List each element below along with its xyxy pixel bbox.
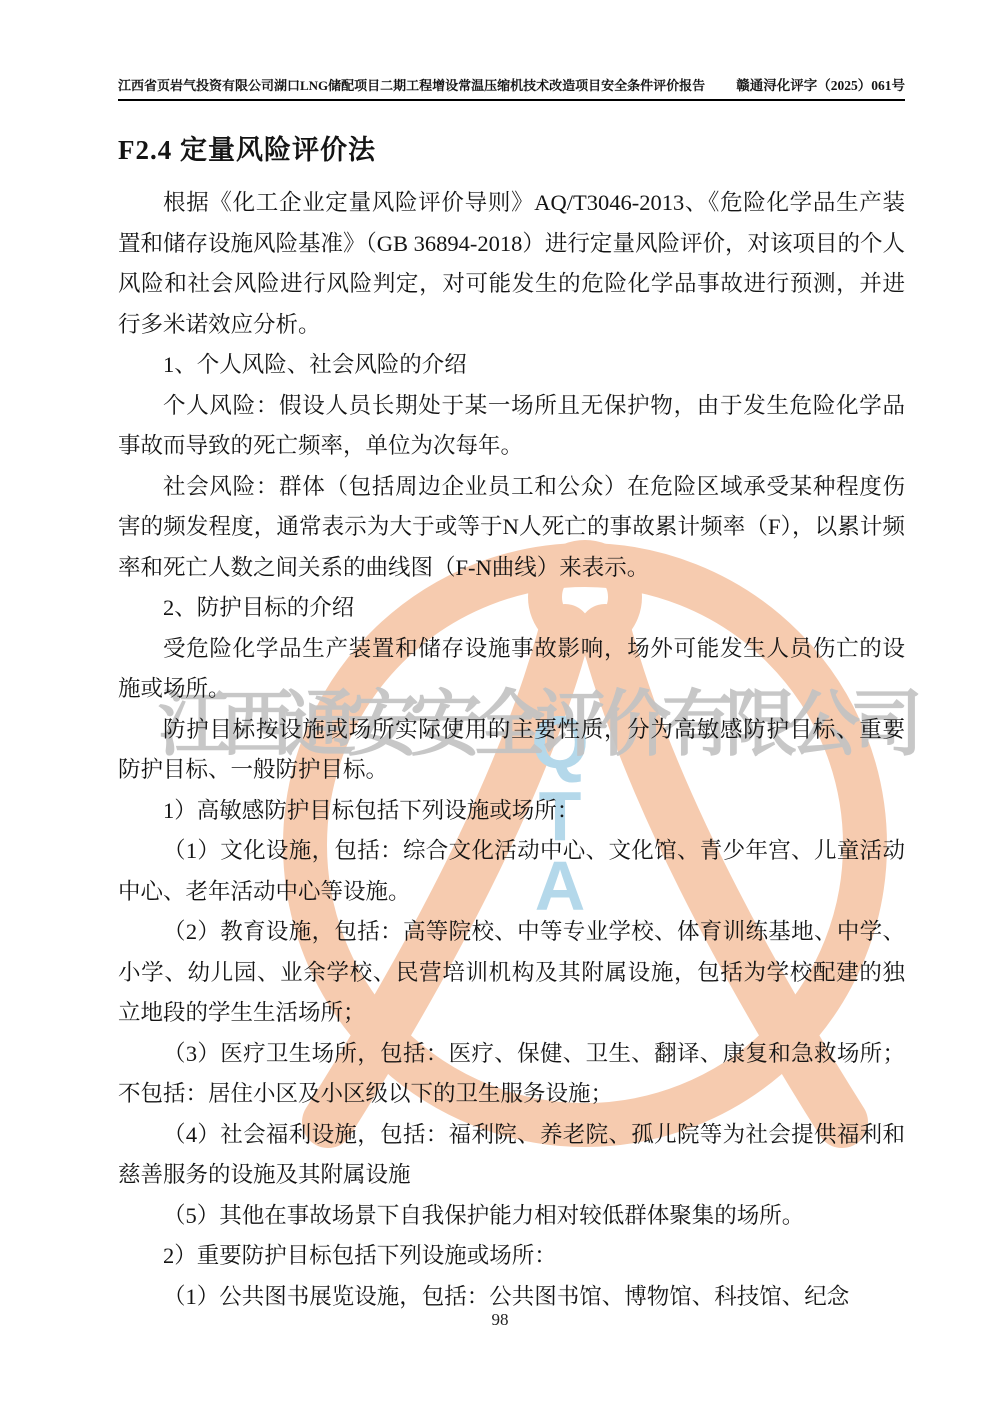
paragraph: （2）教育设施，包括：高等院校、中等专业学校、体育训练基地、中学、小学、幼儿园、… [118, 912, 905, 1034]
document-body: F2.4 定量风险评价法 根据《化工企业定量风险评价导则》AQ/T3046-20… [118, 116, 905, 1317]
paragraph: （5）其他在事故场景下自我保护能力相对较低群体聚集的场所。 [118, 1196, 905, 1237]
header-doc-number: 赣通浔化评字（2025）061号 [736, 74, 905, 94]
paragraph: （3）医疗卫生场所，包括：医疗、保健、卫生、翻译、康复和急救场所；不包括：居住小… [118, 1034, 905, 1115]
paragraph: 根据《化工企业定量风险评价导则》AQ/T3046-2013、《危险化学品生产装置… [118, 183, 905, 345]
paragraph: 防护目标按设施或场所实际使用的主要性质，分为高敏感防护目标、重要防护目标、一般防… [118, 710, 905, 791]
section-heading: F2.4 定量风险评价法 [118, 128, 905, 167]
paragraph: （4）社会福利设施，包括：福利院、养老院、孤儿院等为社会提供福利和慈善服务的设施… [118, 1115, 905, 1196]
paragraph: 受危险化学品生产装置和储存设施事故影响，场外可能发生人员伤亡的设施或场所。 [118, 629, 905, 710]
page-header: 江西省页岩气投资有限公司湖口LNG储配项目二期工程增设常温压缩机技术改造项目安全… [118, 74, 905, 101]
paragraph: 社会风险：群体（包括周边企业员工和公众）在危险区域承受某种程度伤害的频发程度，通… [118, 467, 905, 589]
paragraph: 2、防护目标的介绍 [118, 588, 905, 629]
paragraph: 1）高敏感防护目标包括下列设施或场所： [118, 791, 905, 832]
paragraph: 个人风险：假设人员长期处于某一场所且无保护物，由于发生危险化学品事故而导致的死亡… [118, 386, 905, 467]
document-page: Q T A 江西通安安全评价有限公司 江西省页岩气投资有限公司湖口LNG储配项目… [0, 0, 1000, 1414]
paragraph: 1、个人风险、社会风险的介绍 [118, 345, 905, 386]
page-number: 98 [0, 1310, 1000, 1330]
header-report-title: 江西省页岩气投资有限公司湖口LNG储配项目二期工程增设常温压缩机技术改造项目安全… [118, 75, 705, 94]
paragraph: （1）文化设施，包括：综合文化活动中心、文化馆、青少年宫、儿童活动中心、老年活动… [118, 831, 905, 912]
paragraph: 2）重要防护目标包括下列设施或场所： [118, 1236, 905, 1277]
